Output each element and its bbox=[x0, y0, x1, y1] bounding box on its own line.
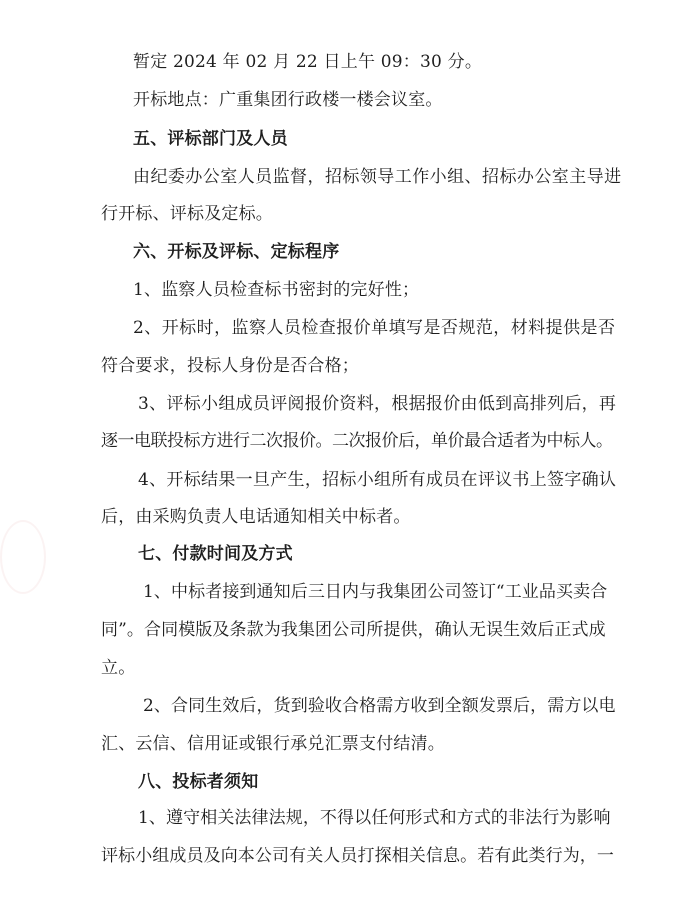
section-5-paragraph-cont: 行开标、评标及定标。 bbox=[101, 202, 273, 226]
section-6-item-2-cont: 符合要求，投标人身份是否合格； bbox=[101, 354, 359, 378]
document-page: 暂定 2024 年 02 月 22 日上午 09：30 分。 开标地点：广重集团… bbox=[0, 0, 700, 912]
section-6-item-4-cont: 后，由采购负责人电话通知相关中标者。 bbox=[101, 505, 411, 529]
section-7-heading: 七、付款时间及方式 bbox=[138, 542, 293, 566]
section-8-item-1-cont: 评标小组成员及向本公司有关人员打探相关信息。若有此类行为，一 bbox=[101, 844, 614, 868]
faint-stamp-mark bbox=[0, 520, 46, 594]
section-6-heading: 六、开标及评标、定标程序 bbox=[133, 240, 339, 264]
section-5-heading: 五、评标部门及人员 bbox=[133, 127, 288, 151]
section-6-item-3-cont: 逐一电联投标方进行二次报价。二次报价后，单价最合适者为中标人。 bbox=[101, 429, 613, 453]
section-8-heading: 八、投标者须知 bbox=[138, 770, 258, 794]
section-7-item-1-cont-2: 立。 bbox=[101, 656, 135, 680]
section-7-item-1: 1、中标者接到通知后三日内与我集团公司签订“工业品买卖合 bbox=[143, 580, 607, 604]
section-7-item-2: 2、合同生效后，货到验收合格需方收到全额发票后，需方以电 bbox=[143, 694, 616, 718]
section-8-item-1: 1、遵守相关法律法规，不得以任何形式和方式的非法行为影响 bbox=[138, 806, 611, 830]
section-6-item-4: 4、开标结果一旦产生，招标小组所有成员在评议书上签字确认 bbox=[138, 468, 616, 492]
section-7-item-2-cont: 汇、云信、信用证或银行承兑汇票支付结清。 bbox=[101, 732, 445, 756]
opening-location-line: 开标地点：广重集团行政楼一楼会议室。 bbox=[133, 88, 443, 112]
section-6-item-2: 2、开标时，监察人员检查报价单填写是否规范，材料提供是否 bbox=[133, 316, 615, 340]
section-6-item-1: 1、监察人员检查标书密封的完好性； bbox=[133, 278, 419, 302]
section-5-paragraph: 由纪委办公室人员监督，招标领导工作小组、招标办公室主导进 bbox=[133, 165, 622, 189]
section-7-item-1-cont: 同”。合同模版及条款为我集团公司所提供，确认无误生效后正式成 bbox=[101, 618, 606, 642]
opening-time-line: 暂定 2024 年 02 月 22 日上午 09：30 分。 bbox=[133, 50, 482, 74]
section-6-item-3: 3、评标小组成员评阅报价资料，根据报价由低到高排列后，再 bbox=[138, 392, 616, 416]
